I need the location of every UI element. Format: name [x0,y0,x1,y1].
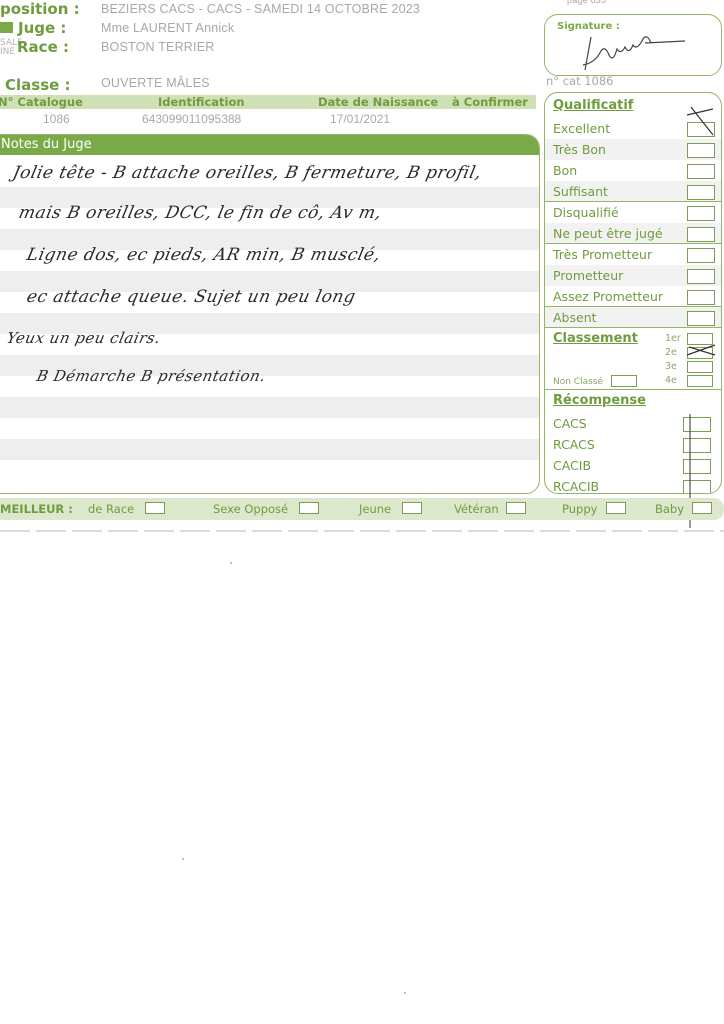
qualificatif-checkbox[interactable] [687,185,715,200]
qualificatif-row: Absent [545,307,721,328]
race-label: Race : [17,38,69,56]
note-line-4: ec attache queue. Sujet un peu long [25,287,358,307]
qualificatif-row: Ne peut être jugé [545,223,721,244]
non-classe-label: Non Classé [553,377,603,387]
logo-icon [0,22,13,33]
qualificatif-row: Suffisant [545,181,721,202]
classe-label: Classe : [5,76,71,94]
qualificatif-row: Bon [545,160,721,181]
col-date-naissance: Date de Naissance [318,95,438,109]
excellent-check-mark-icon [683,103,719,143]
note-line-6: B Démarche B présentation. [35,367,267,385]
logo-text-2: INE [0,47,15,57]
recompense-title: Récompense [553,393,646,408]
juge-value: Mme LAURENT Annick [101,21,234,35]
note-line-5: Yeux un peu clairs. [5,329,162,347]
rank-checkbox[interactable] [687,375,713,387]
exposition-value: BEZIERS CACS - CACS - SAMEDI 14 OCTOBRE … [101,2,420,16]
results-panel: Qualificatif Excellent Très Bon Bon Suff… [544,92,722,494]
meilleur-item-label: Puppy [562,502,597,516]
date-naissance-value: 17/01/2021 [330,112,390,126]
meilleur-checkbox[interactable] [299,502,319,514]
dog-table-header: N° Catalogue Identification Date de Nais… [0,95,536,109]
classe-value: OUVERTE MÂLES [101,76,210,90]
meilleur-checkbox[interactable] [145,502,165,514]
signature-scribble-icon [565,25,705,75]
meilleur-checkbox[interactable] [606,502,626,514]
rank-label: 2e [665,347,677,358]
qualificatif-checkbox[interactable] [687,290,715,305]
meilleur-bar: MEILLEUR : de RaceSexe OpposéJeuneVétéra… [0,498,724,520]
meilleur-item-label: de Race [88,502,134,516]
qualificatif-label: Ne peut être jugé [553,226,663,241]
qualificatif-checkbox[interactable] [687,164,715,179]
note-line-2: mais B oreilles, DCC, le fin de cô, Av m… [17,203,384,223]
qualificatif-label: Très Prometteur [553,247,652,262]
recompense-label: RCACS [553,437,595,452]
qualificatif-row: Prometteur [545,265,721,286]
rank-label: 4e [665,375,677,386]
qualificatif-label: Disqualifié [553,205,619,220]
meilleur-checkbox[interactable] [692,502,712,514]
catalogue-value: 1086 [43,112,70,126]
qualificatif-checkbox[interactable] [687,143,715,158]
juge-label: Juge : [18,19,66,37]
note-line-3: Ligne dos, ec pieds, AR min, B musclé, [25,245,383,265]
qualificatif-row: Assez Prometteur [545,286,721,307]
notes-panel: Notes du Juge Jolie tête - B attache ore… [0,134,540,494]
col-catalogue: N° Catalogue [0,95,83,109]
exposition-label: position : [0,0,80,18]
col-identification: Identification [158,95,245,109]
rank-label: 1er [665,333,681,344]
qualificatif-label: Absent [553,310,597,325]
recompense-label: CACS [553,416,587,431]
recompense-label: CACIB [553,458,591,473]
qualificatif-checkbox[interactable] [687,206,715,221]
qualificatif-label: Suffisant [553,184,608,199]
meilleur-item-label: Baby [655,502,684,516]
meilleur-label: MEILLEUR : [0,502,73,516]
meilleur-checkbox[interactable] [506,502,526,514]
qualificatif-row: Disqualifié [545,202,721,223]
rank-label: 3e [665,361,677,372]
qualificatif-title: Qualificatif [553,98,633,113]
qualificatif-checkbox[interactable] [687,227,715,242]
second-place-check-mark-icon [685,341,719,361]
rank-checkbox[interactable] [687,361,713,373]
recompense-label: RCACIB [553,479,599,494]
qualificatif-label: Excellent [553,121,610,136]
qualificatif-checkbox[interactable] [687,269,715,284]
meilleur-item-label: Sexe Opposé [213,502,288,516]
classement-title: Classement [553,331,638,346]
qualificatif-checkbox[interactable] [687,311,715,326]
meilleur-checkbox[interactable] [402,502,422,514]
col-confirmer: à Confirmer [452,95,528,109]
qualificatif-label: Prometteur [553,268,623,283]
qualificatif-label: Assez Prometteur [553,289,663,304]
tear-line [0,530,724,532]
qualificatif-checkbox[interactable] [687,248,715,263]
identification-value: 643099011095388 [142,112,241,126]
qualificatif-label: Très Bon [553,142,606,157]
n-cat: n° cat 1086 [546,74,614,88]
notes-title: Notes du Juge [0,135,539,155]
qualificatif-row: Très Prometteur [545,244,721,265]
note-line-1: Jolie tête - B attache oreilles, B ferme… [11,163,484,183]
signature-box: Signature : [544,14,722,76]
non-classe-checkbox[interactable] [611,375,637,387]
qualificatif-label: Bon [553,163,577,178]
meilleur-item-label: Jeune [359,502,391,516]
meilleur-item-label: Vétéran [454,502,499,516]
page-number: page 635 [567,0,606,5]
race-value: BOSTON TERRIER [101,40,214,54]
